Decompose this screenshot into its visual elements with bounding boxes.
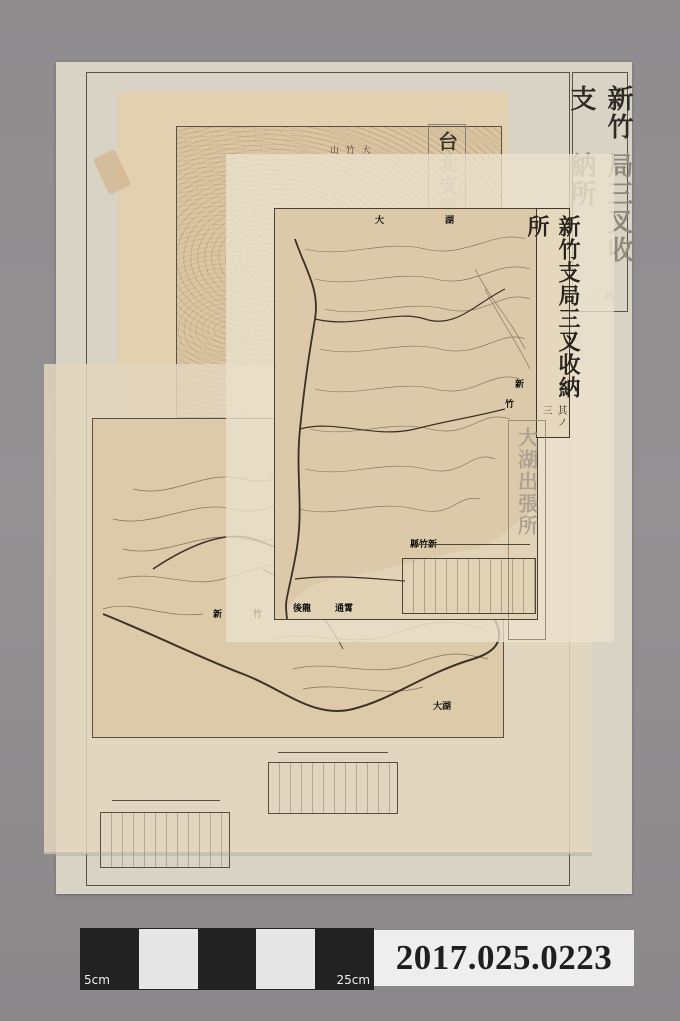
main-map-label-east-2: 竹 xyxy=(505,398,514,410)
scale-label-25cm: 25cm xyxy=(336,973,370,987)
scale-segment-2 xyxy=(139,929,197,989)
main-map-label-north-1: 大 xyxy=(375,214,384,226)
lower-map-legend-table xyxy=(268,762,398,814)
main-map-label-north-2: 湖 xyxy=(444,214,454,226)
main-map-label-south-2: 通霄 xyxy=(335,602,353,614)
lower-map-label-3: 大湖 xyxy=(433,700,451,712)
main-map-label-south-1: 後龍 xyxy=(292,602,311,614)
measurement-scale-bar: 5cm 25cm xyxy=(80,928,374,990)
scale-segment-4 xyxy=(256,929,314,989)
scale-segment-1: 5cm xyxy=(81,929,139,989)
lower-map-label-1: 新 xyxy=(213,608,222,620)
scale-label-5cm: 5cm xyxy=(84,973,110,987)
base-title-dark: 新竹支 xyxy=(563,85,637,152)
sheet-edge-shadow xyxy=(44,852,592,856)
bottom-left-legend-table xyxy=(100,812,230,868)
main-title: 新竹支局三叉收納所 xyxy=(522,215,584,401)
main-title-cartouche: 新竹支局三叉收納所 其ノ三 xyxy=(536,208,570,438)
bottom-left-scale-line xyxy=(112,800,220,801)
main-map-legend-table xyxy=(402,558,536,614)
scale-segment-5: 25cm xyxy=(315,929,373,989)
main-map-scale-line xyxy=(414,544,530,545)
lower-map-scale-line xyxy=(278,752,388,753)
scale-segment-3 xyxy=(198,929,256,989)
accession-number-label: 2017.025.0223 xyxy=(374,930,634,986)
